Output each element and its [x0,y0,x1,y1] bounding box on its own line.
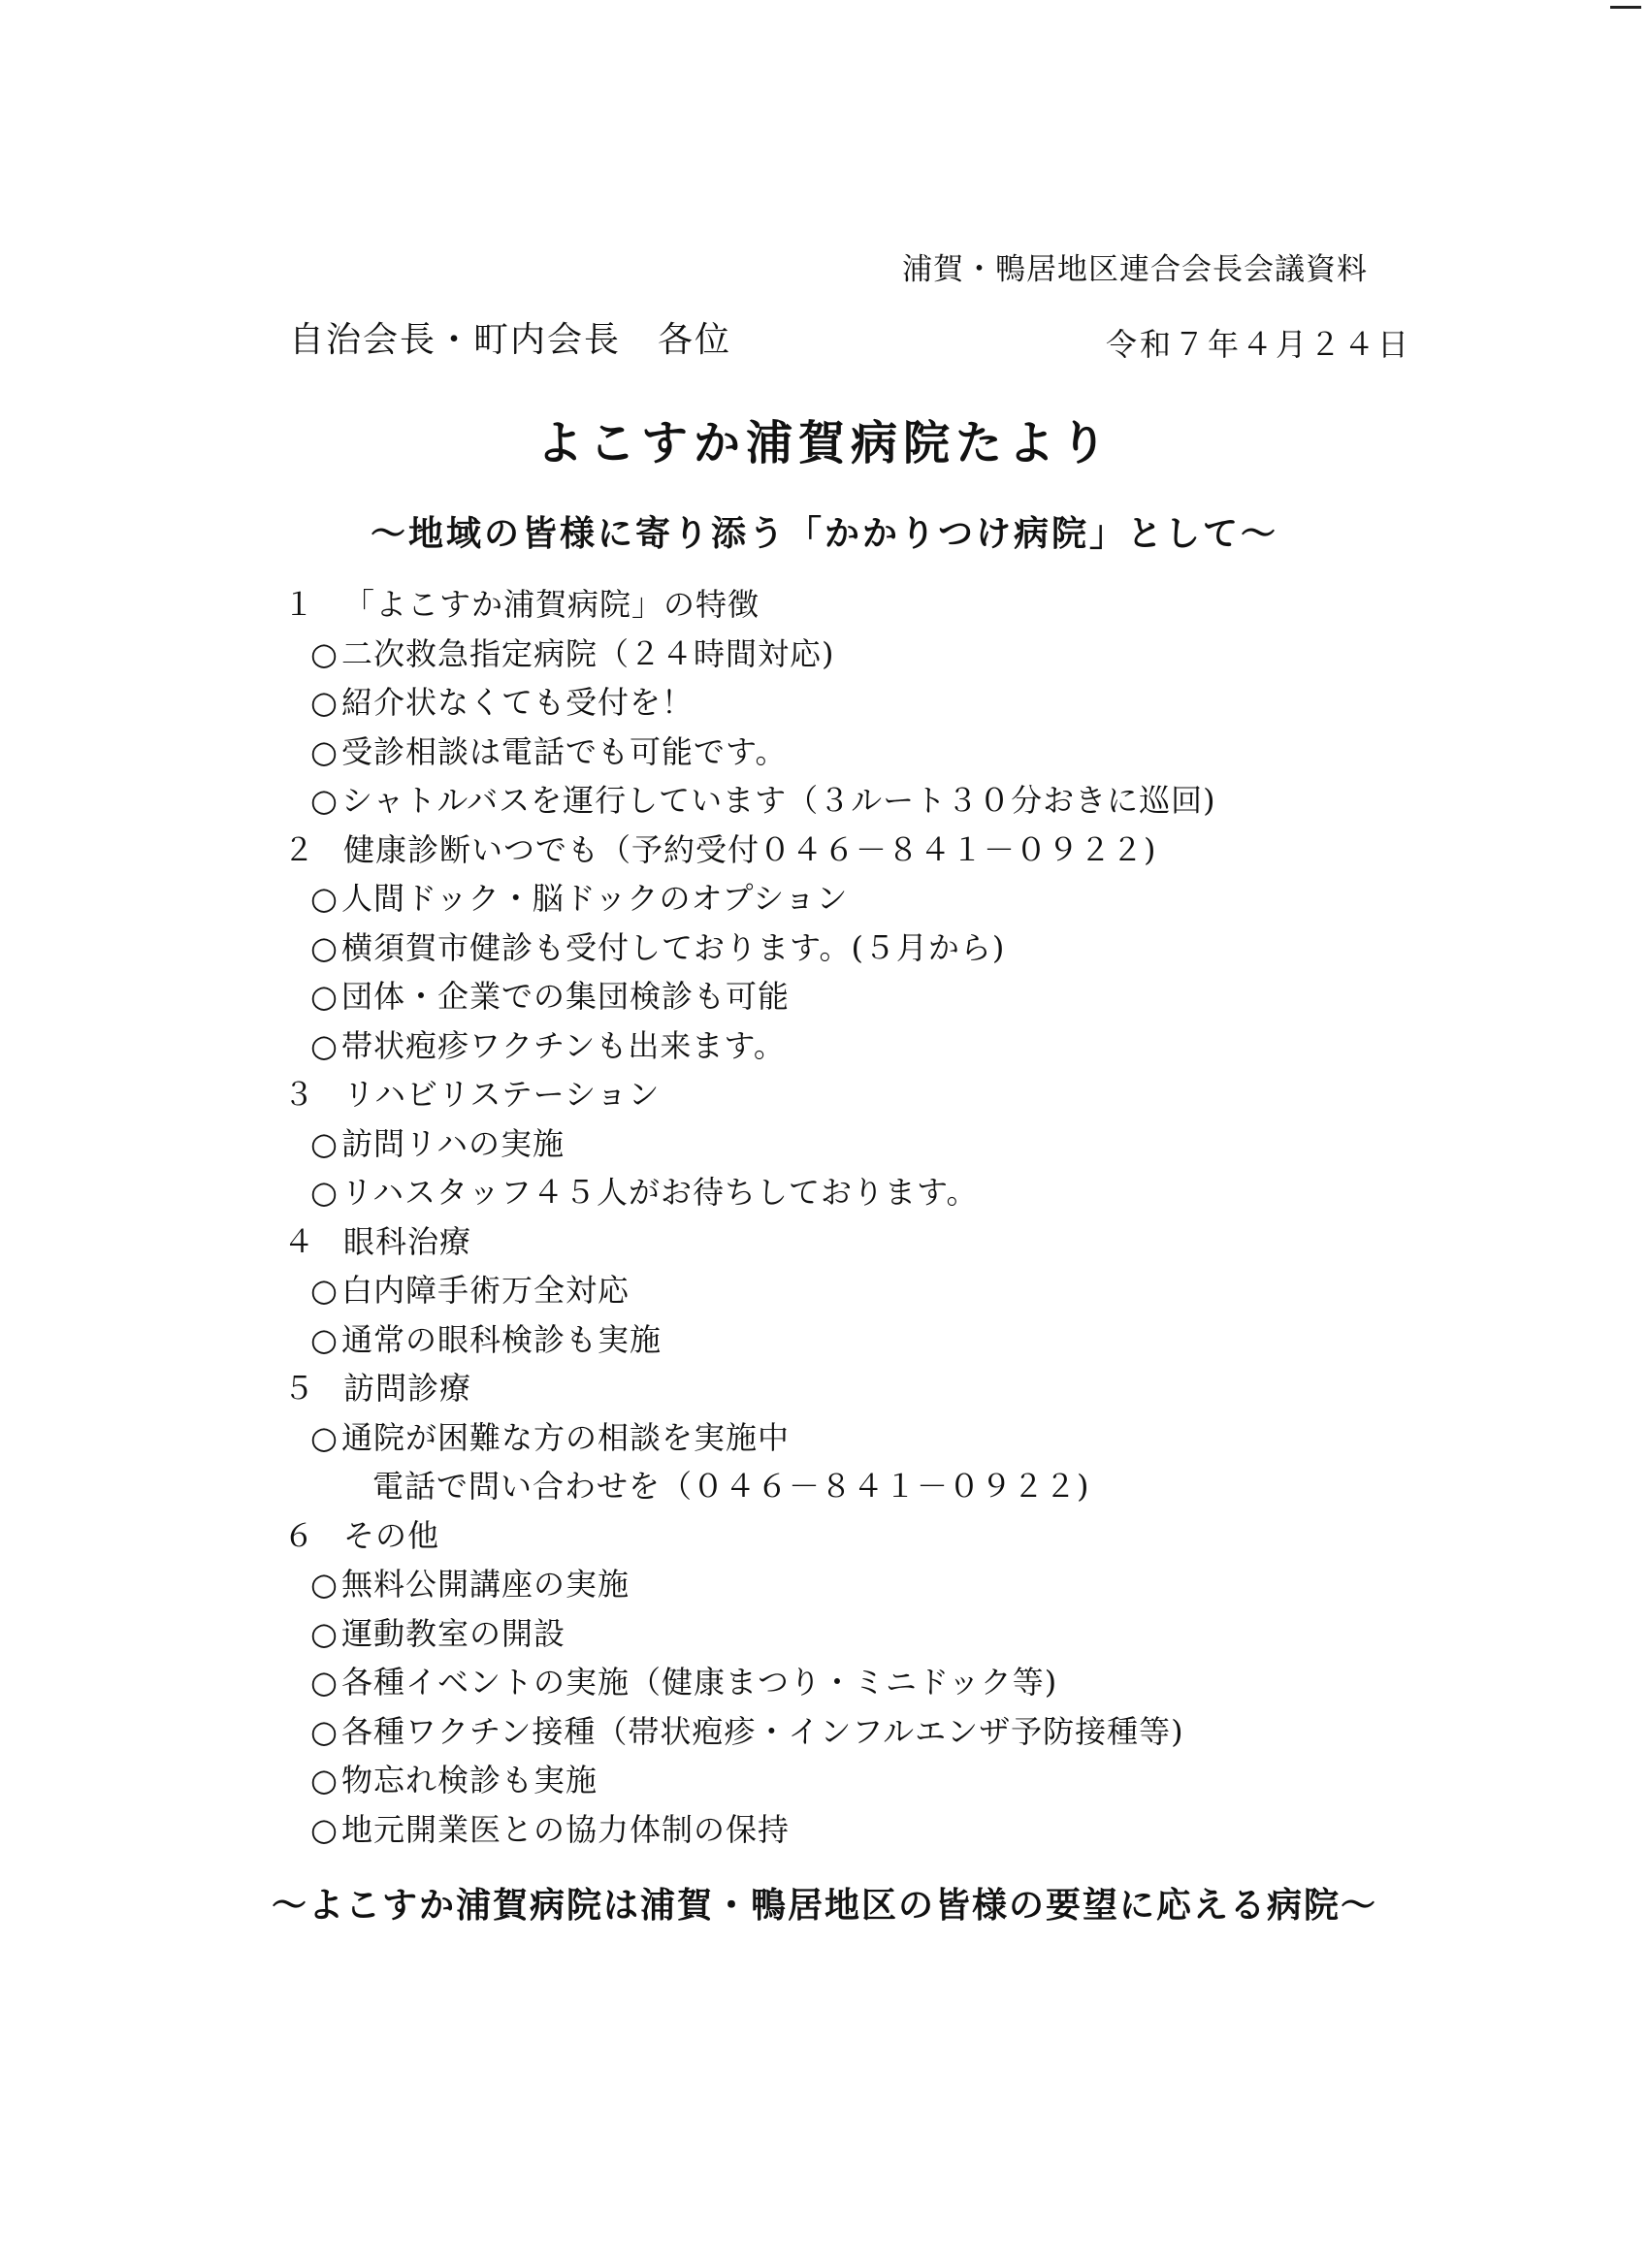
list-item: ○横須賀市健診も受付しております。(５月から) [283,923,1496,973]
circle-bullet-icon: ○ [310,630,341,679]
list-item-text: 帯状疱疹ワクチンも出来ます。 [341,1027,786,1064]
list-item: ○紹介状なくても受付を！ [283,678,1496,728]
addressee: 自治会長・町内会長 各位 [289,312,731,362]
list-item-text: 二次救急指定病院（２４時間対応) [341,635,835,672]
list-item-text: 地元開業医との協力体制の保持 [341,1811,790,1848]
list-item: ○運動教室の開設 [283,1609,1496,1659]
list-item: ○人間ドック・脳ドックのオプション [283,874,1496,923]
circle-bullet-icon: ○ [310,1168,341,1217]
section-number: ４ [283,1217,343,1267]
section-title: 「よこすか浦賀病院」の特徴 [343,586,760,623]
document-date: 令和７年４月２４日 [1106,320,1411,365]
list-item-text: 物忘れ検診も実施 [341,1762,598,1798]
section-number: ６ [283,1511,343,1561]
section-title: その他 [343,1517,439,1554]
document-source-line: 浦賀・鴨居地区連合会長会議資料 [902,244,1368,288]
list-item-text: 団体・企業での集団検診も可能 [341,978,790,1015]
list-item-text: 受診相談は電話でも可能です。 [341,733,787,770]
circle-bullet-icon: ○ [310,1119,341,1169]
page-title: よこすか浦賀病院たより [0,405,1649,472]
list-item-text: 運動教室の開設 [341,1615,566,1652]
list-item-text: リハスタッフ４５人がお待ちしております。 [341,1174,978,1211]
closing-statement: ～よこすか浦賀病院は浦賀・鴨居地区の皆様の要望に応える病院～ [0,1878,1649,1928]
list-item-text: 通院が困難な方の相談を実施中 [341,1419,790,1456]
circle-bullet-icon: ○ [310,1805,341,1855]
list-item: ○無料公開講座の実施 [283,1560,1496,1609]
list-item: ○二次救急指定病院（２４時間対応) [283,630,1496,679]
list-item: ○訪問リハの実施 [283,1119,1496,1169]
circle-bullet-icon: ○ [310,1756,341,1805]
document-body: １「よこすか浦賀病院」の特徴 ○二次救急指定病院（２４時間対応) ○紹介状なくて… [283,580,1496,1854]
circle-bullet-icon: ○ [310,1413,341,1463]
list-item: ○物忘れ検診も実施 [283,1756,1496,1805]
list-item-text: 各種ワクチン接種（帯状疱疹・インフルエンザ予防接種等) [341,1713,1184,1750]
list-item-text: 白内障手術万全対応 [341,1272,630,1309]
circle-bullet-icon: ○ [310,1609,341,1659]
page-subtitle: ～地域の皆様に寄り添う「かかりつけ病院」として～ [0,506,1649,556]
list-item-text: 人間ドック・脳ドックのオプション [341,880,849,917]
list-item: ○白内障手術万全対応 [283,1266,1496,1315]
list-item-text: 通常の眼科検診も実施 [341,1321,662,1358]
section-number: ５ [283,1364,343,1413]
list-item-text: 訪問リハの実施 [341,1125,565,1162]
circle-bullet-icon: ○ [310,972,341,1021]
section-title: 眼科治療 [343,1223,471,1260]
circle-bullet-icon: ○ [310,1658,341,1707]
list-item: ○団体・企業での集団検診も可能 [283,972,1496,1021]
circle-bullet-icon: ○ [310,1021,341,1071]
circle-bullet-icon: ○ [310,678,341,728]
circle-bullet-icon: ○ [310,776,341,826]
list-item: ○受診相談は電話でも可能です。 [283,728,1496,777]
section-heading: ６その他 [283,1511,1496,1561]
section-heading: １「よこすか浦賀病院」の特徴 [283,580,1496,630]
circle-bullet-icon: ○ [310,874,341,923]
list-item: ○地元開業医との協力体制の保持 [283,1805,1496,1855]
section-title: リハビリステーション [343,1076,660,1113]
circle-bullet-icon: ○ [310,1266,341,1315]
circle-bullet-icon: ○ [310,1315,341,1365]
circle-bullet-icon: ○ [310,728,341,777]
list-item: ○各種ワクチン接種（帯状疱疹・インフルエンザ予防接種等) [283,1707,1496,1757]
section-heading: ５訪問診療 [283,1364,1496,1413]
circle-bullet-icon: ○ [310,1560,341,1609]
list-item: ○通院が困難な方の相談を実施中 [283,1413,1496,1463]
section-title: 訪問診療 [343,1370,471,1407]
list-item: ○帯状疱疹ワクチンも出来ます。 [283,1021,1496,1071]
contact-phone-text: 電話で問い合わせを（０４６－８４１－０９２２) [372,1468,1090,1505]
section-heading: ４眼科治療 [283,1217,1496,1267]
circle-bullet-icon: ○ [310,1707,341,1757]
scan-corner-mark [1610,6,1641,9]
list-item-text: 紹介状なくても受付を！ [341,684,694,721]
section-number: ２ [283,826,343,875]
list-item-text: 各種イベントの実施（健康まつり・ミニドック等) [341,1664,1057,1701]
list-item-text: 無料公開講座の実施 [341,1566,630,1603]
list-item-text: 横須賀市健診も受付しております。(５月から) [341,929,1005,966]
section-heading: ３リハビリステーション [283,1070,1496,1119]
list-item-text: シャトルバスを運行しています（３ルート３０分おきに巡回) [341,782,1216,819]
section-number: １ [283,580,343,630]
circle-bullet-icon: ○ [310,923,341,973]
section-heading: ２健康診断いつでも（予約受付０４６－８４１－０９２２) [283,826,1496,875]
list-item: ○各種イベントの実施（健康まつり・ミニドック等) [283,1658,1496,1707]
section-number: ３ [283,1070,343,1119]
list-item: ○通常の眼科検診も実施 [283,1315,1496,1365]
list-item: ○リハスタッフ４５人がお待ちしております。 [283,1168,1496,1217]
list-item: ○シャトルバスを運行しています（３ルート３０分おきに巡回) [283,776,1496,826]
list-subitem: 電話で問い合わせを（０４６－８４１－０９２２) [283,1462,1496,1511]
section-title: 健康診断いつでも（予約受付０４６－８４１－０９２２) [343,831,1157,868]
